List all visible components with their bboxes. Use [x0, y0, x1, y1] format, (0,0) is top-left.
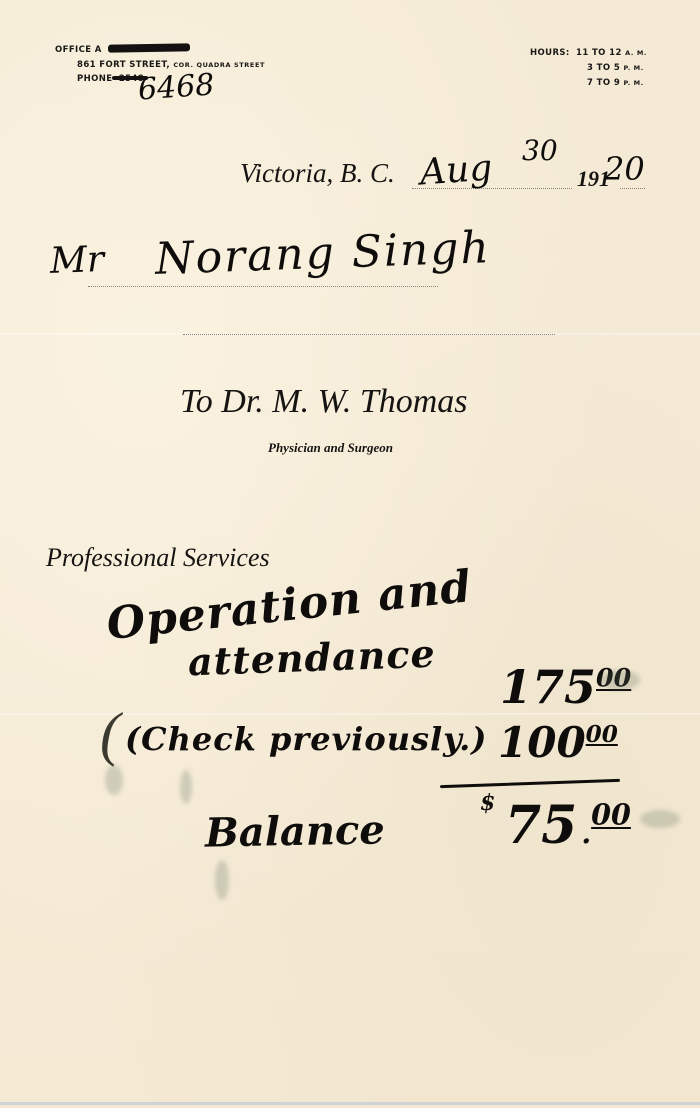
address-main: 861 FORT STREET, [77, 60, 170, 70]
hours-row: 11 TO 12 A. M. [576, 48, 647, 58]
date-month-handwritten: Aug [419, 148, 494, 194]
hours-row: 7 TO 9 P. M. [587, 78, 644, 88]
ink-smudge [215, 860, 229, 900]
service-line-attendance: attendance [187, 631, 436, 685]
paren-open: ( [100, 700, 120, 769]
date-day-handwritten: 30 [522, 134, 558, 167]
recipient-dotted-line [88, 286, 438, 287]
sum-rule-line [440, 779, 620, 788]
recipient-second-dotted-line [183, 334, 555, 335]
year-handwritten: 20 [604, 150, 645, 188]
balance-label: Balance [205, 806, 386, 856]
phone-label: PHONE [77, 74, 113, 84]
invoice-page: OFFICE A 861 FORT STREET, COR. QUADRA ST… [0, 0, 700, 1105]
amount-balance: 75.00 [505, 795, 631, 856]
hours-label: HOURS: [530, 48, 570, 58]
address-corner: COR. QUADRA STREET [173, 61, 265, 69]
balance-currency: $ [480, 790, 495, 816]
office-label: OFFICE A [55, 45, 102, 55]
ink-smudge [600, 670, 640, 690]
physician-title: Physician and Surgeon [268, 440, 393, 456]
recipient-name-handwritten: Norang Singh [154, 222, 491, 285]
physician-to-line: To Dr. M. W. Thomas [180, 383, 468, 421]
recipient-salutation: Mr [49, 239, 104, 282]
redaction-mark [108, 43, 190, 52]
amount-paid: 10000 [498, 718, 618, 767]
ink-smudge [180, 770, 192, 804]
year-dotted-line [620, 188, 645, 189]
services-heading: Professional Services [46, 543, 270, 573]
ink-smudge [640, 810, 680, 828]
service-line-check-previously: (Check previously.) [125, 720, 487, 758]
phone-handwritten: 6468 [137, 67, 216, 107]
address-line: 861 FORT STREET, COR. QUADRA STREET [77, 60, 265, 70]
paper-bottom-edge [0, 1102, 700, 1105]
dateline-place: Victoria, B. C. [240, 158, 395, 189]
hours-row: 3 TO 5 P. M. [587, 63, 644, 73]
ink-smudge [105, 765, 123, 795]
